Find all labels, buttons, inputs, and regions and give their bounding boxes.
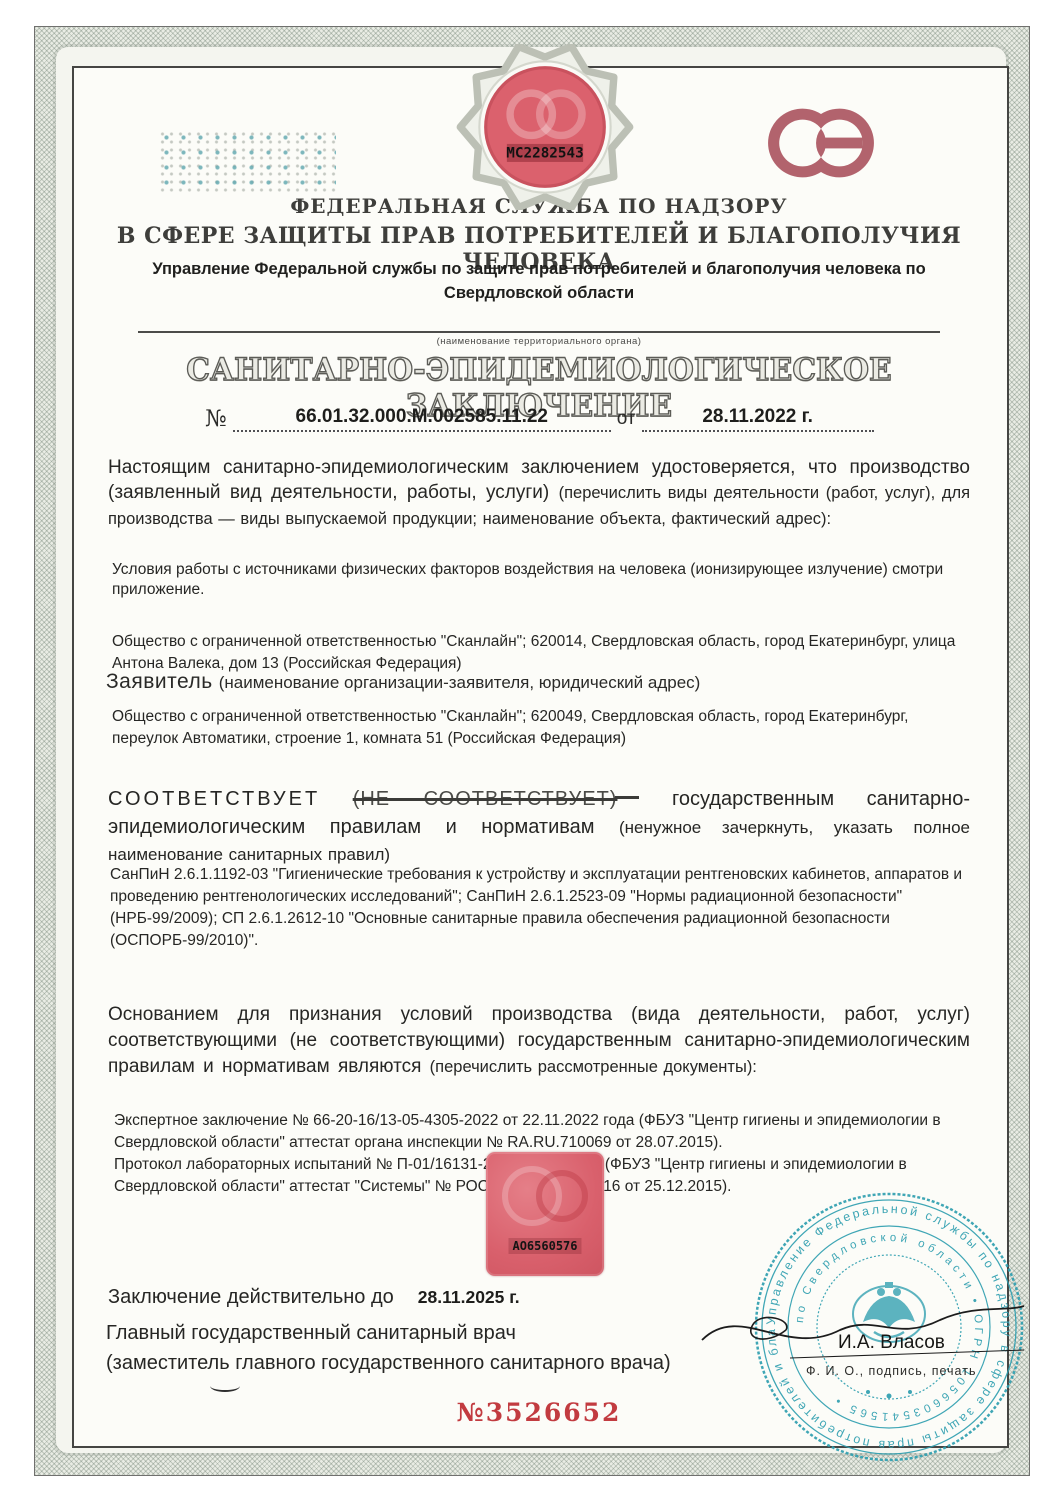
certificate-number-row: № 66.01.32.000.М.002585.11.22 от 28.11.2… <box>205 406 885 432</box>
validity-row: Заключение действительно до 28.11.2025 г… <box>108 1286 520 1309</box>
territorial-body: Управление Федеральной службы по защите … <box>120 258 958 306</box>
territorial-caption: (наименование территориального органа) <box>72 336 1006 347</box>
work-conditions-text: Условия работы с источниками физических … <box>112 560 967 601</box>
applicant-caption: (наименование организации-заявителя, юри… <box>219 673 701 693</box>
applicant-address: Общество с ограниченной ответственностью… <box>112 706 972 749</box>
conforms-word: СООТВЕТСТВУЕТ <box>108 788 320 810</box>
certify-paragraph: Настоящим санитарно-эпидемиологическим з… <box>108 455 970 531</box>
se-logo-icon <box>762 102 880 184</box>
expert-conclusion-doc: Экспертное заключение № 66-20-16/13-05-4… <box>114 1110 966 1154</box>
certificate-number: 66.01.32.000.М.002585.11.22 <box>233 406 611 432</box>
sanitary-rules-text: СанПиН 2.6.1.1192-03 "Гигиенические треб… <box>110 864 968 952</box>
validity-date: 28.11.2025 г. <box>418 1287 520 1308</box>
certificate-page: МС2282543 ФЕДЕРАЛЬНАЯ СЛУЖБА ПО НАДЗОРУ … <box>0 0 1061 1500</box>
hologram-sticker: АО6560576 <box>486 1152 604 1276</box>
chief-doctor-line: Главный государственный санитарный врач <box>106 1322 516 1345</box>
certificate-date: 28.11.2022 г. <box>642 406 874 432</box>
hologram-seal: МС2282543 <box>455 44 635 210</box>
object-address: Общество с ограниченной ответственностью… <box>112 631 970 674</box>
from-label: от <box>617 408 636 430</box>
number-sign: № <box>205 406 227 432</box>
compliance-paragraph: СООТВЕТСТВУЕТ (НЕ СООТВЕТСТВУЕТ) государ… <box>108 786 970 869</box>
applicant-label: Заявитель <box>106 670 213 694</box>
not-conforms-struck: (НЕ СООТВЕТСТВУЕТ) <box>353 788 618 810</box>
pen-mark <box>210 1380 240 1392</box>
signatory-caption: Ф. И. О., подпись, печать <box>806 1364 976 1378</box>
holographic-watermark-patch <box>158 130 336 194</box>
basis-paragraph: Основанием для признания условий произво… <box>108 1002 970 1081</box>
hologram-top-code: МС2282543 <box>506 146 583 162</box>
signatory-name: И.А. Власов <box>838 1332 945 1354</box>
applicant-row: Заявитель (наименование организации-заяв… <box>106 670 700 694</box>
basis-note: (перечислить рассмотренные документы): <box>430 1058 757 1076</box>
deputy-doctor-line: (заместитель главного государственного с… <box>106 1352 671 1375</box>
strike-extension <box>615 796 639 799</box>
validity-label: Заключение действительно до <box>108 1286 394 1309</box>
territorial-rule <box>138 331 940 333</box>
hologram-mid-code: АО6560576 <box>508 1238 581 1254</box>
